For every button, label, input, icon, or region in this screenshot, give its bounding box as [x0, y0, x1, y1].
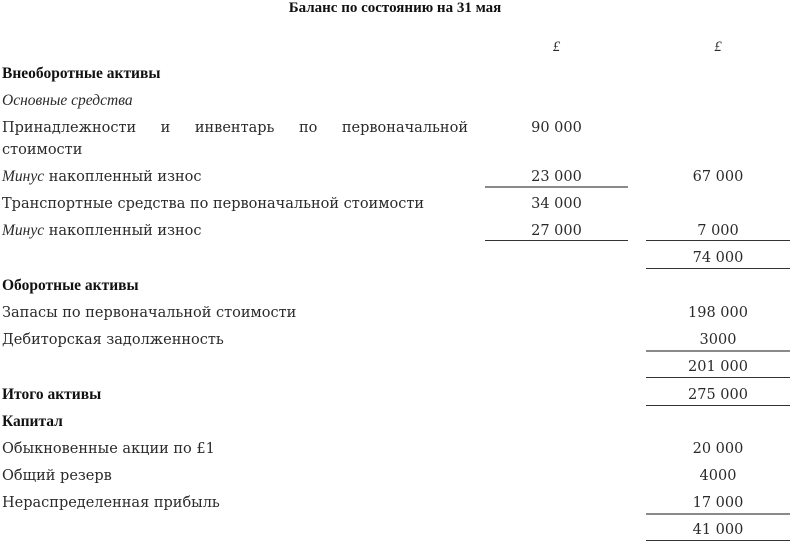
subtotal-value: 41 000 [646, 520, 790, 540]
minus-prefix: Минус [2, 168, 44, 185]
subtotal-current: 201 000 [0, 357, 790, 384]
line-item-label: Общий резерв [2, 466, 112, 486]
underline-col1 [485, 186, 628, 188]
currency-header-col1: £ [485, 37, 628, 57]
underline-col2 [646, 268, 790, 269]
line-item-value-col2: 3000 [646, 330, 790, 350]
line-item-label: Дебиторская задолженность [2, 330, 224, 350]
line-item-value-col2: 17 000 [646, 493, 790, 513]
section-heading-equity: Капитал [0, 412, 790, 439]
line-item-value-col2: 198 000 [646, 303, 790, 323]
underline-col2 [646, 513, 790, 515]
underline-col2 [646, 240, 790, 241]
line-item-label: Транспортные средства по первоначальной … [2, 194, 424, 214]
statement-title: Баланс по состоянию на 31 мая [0, 0, 790, 18]
section-heading-noncurrent: Внеоборотные активы [0, 64, 790, 91]
minus-prefix: Минус [2, 222, 44, 239]
line-item-value-col1: 34 000 [485, 194, 628, 214]
underline-col2 [646, 405, 790, 406]
subtotal-value: 201 000 [646, 357, 790, 377]
line-item-value-col2: 67 000 [646, 167, 790, 187]
line-item-depreciation-fixtures: Минус накопленный износ 23 000 67 000 [0, 167, 790, 194]
line-item-label-continuation: стоимости [2, 140, 82, 160]
line-item-label-text: накопленный износ [49, 169, 202, 185]
line-item-value-col1: 23 000 [485, 167, 628, 187]
section-heading-label: Капитал [2, 412, 63, 432]
line-item-label: Обыкновенные акции по £1 [2, 439, 215, 459]
currency-header-row: £ £ [0, 37, 790, 64]
subtotal-noncurrent: 74 000 [0, 248, 790, 275]
section-heading-current: Оборотные активы [0, 276, 790, 303]
total-assets-label: Итого активы [2, 385, 101, 405]
line-item-fixtures: Принадлежности и инвентарь по первоначал… [0, 118, 790, 166]
line-item-vehicles: Транспортные средства по первоначальной … [0, 194, 790, 221]
line-item-value-col2: 20 000 [646, 439, 790, 459]
underline-col1 [485, 240, 628, 241]
currency-header-col2: £ [646, 37, 790, 57]
line-item-value-col2: 4000 [646, 466, 790, 486]
line-item-value-col1: 90 000 [485, 118, 628, 138]
line-item-inventory: Запасы по первоначальной стоимости 198 0… [0, 303, 790, 330]
total-assets-value: 275 000 [646, 385, 790, 405]
line-item-retained-earnings: Нераспределенная прибыль 17 000 [0, 493, 790, 520]
subsection-heading-label: Основные средства [2, 91, 133, 111]
line-item-label: Запасы по первоначальной стоимости [2, 303, 296, 323]
line-item-receivables: Дебиторская задолженность 3000 [0, 330, 790, 357]
section-heading-label: Оборотные активы [2, 276, 139, 296]
line-item-label: Минус накопленный износ [2, 167, 202, 187]
line-item-ordinary-shares: Обыкновенные акции по £1 20 000 [0, 439, 790, 466]
total-assets-row: Итого активы 275 000 [0, 385, 790, 412]
subtotal-value: 74 000 [646, 248, 790, 268]
line-item-value-col1: 27 000 [485, 221, 628, 241]
line-item-depreciation-vehicles: Минус накопленный износ 27 000 7 000 [0, 221, 790, 248]
line-item-label: Минус накопленный износ [2, 221, 202, 241]
subsection-heading-fixed-assets: Основные средства [0, 91, 790, 118]
line-item-label-text: накопленный износ [49, 223, 202, 239]
line-item-label: Принадлежности и инвентарь по первоначал… [2, 118, 468, 138]
line-item-general-reserve: Общий резерв 4000 [0, 466, 790, 493]
underline-col2 [646, 377, 790, 378]
underline-col2 [646, 350, 790, 352]
line-item-label: Нераспределенная прибыль [2, 493, 220, 513]
underline-col2 [646, 540, 790, 541]
line-item-value-col2: 7 000 [646, 221, 790, 241]
section-heading-label: Внеоборотные активы [2, 64, 160, 84]
